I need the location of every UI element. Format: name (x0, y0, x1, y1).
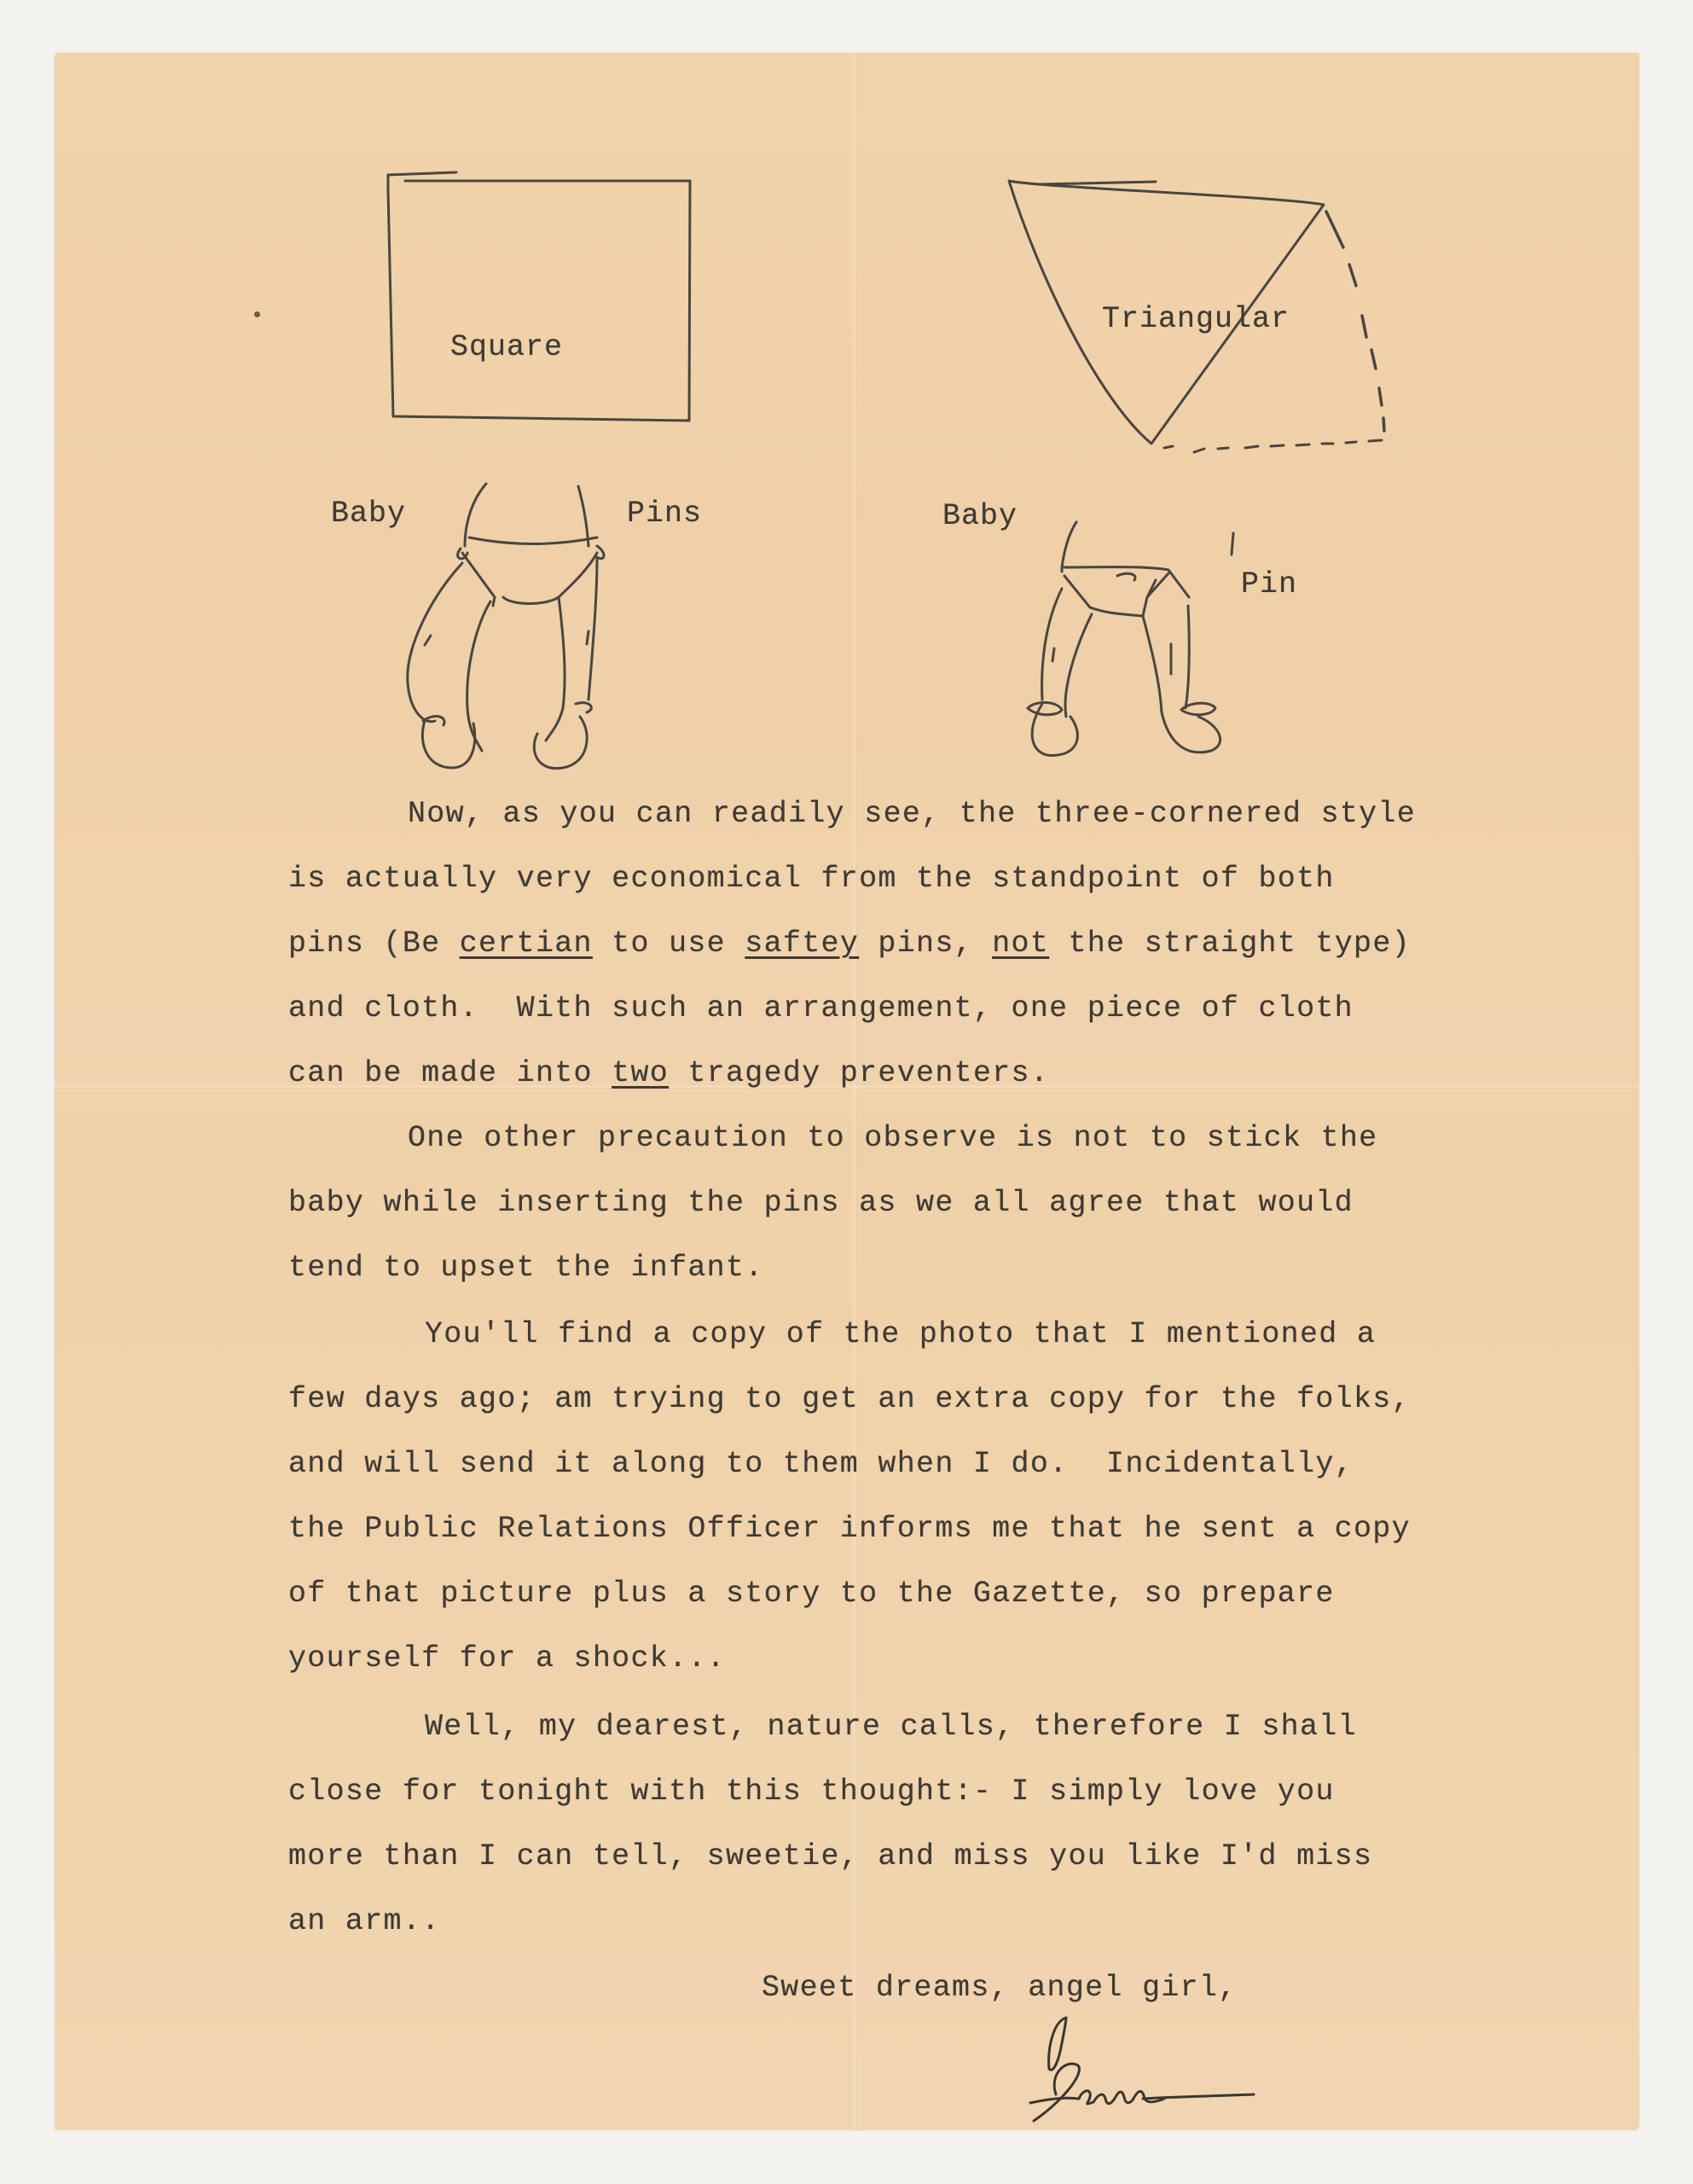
left-baby-label: Baby (331, 497, 406, 531)
text-line: Well, my dearest, nature calls, therefor… (425, 1710, 1357, 1744)
text-line: yourself for a shock... (288, 1641, 726, 1676)
underlined-word-saftey: saftey (745, 926, 859, 961)
text-line: of that picture plus a story to the Gaze… (288, 1577, 1335, 1611)
underlined-word-certian: certian (460, 926, 593, 961)
text-line: an arm.. (288, 1904, 440, 1938)
handwritten-signature (1015, 2013, 1288, 2124)
text-line: and cloth. With such an arrangement, one… (288, 991, 1354, 1025)
text-line: One other precaution to observe is not t… (408, 1121, 1377, 1155)
text-line: can be made into two tragedy preventers. (288, 1056, 1049, 1090)
text-line: tend to upset the infant. (288, 1251, 764, 1285)
letter-paper (55, 53, 1639, 2130)
triangular-label: Triangular (1102, 302, 1290, 336)
right-baby-label: Baby (942, 499, 1018, 533)
text-line: close for tonight with this thought:- I … (288, 1774, 1335, 1809)
paper-speck (254, 311, 260, 317)
text-segment: tragedy preventers. (669, 1056, 1049, 1090)
text-segment: to use (593, 926, 745, 961)
underlined-word-two: two (612, 1056, 669, 1090)
right-pin-label: Pin (1241, 567, 1297, 601)
vertical-fold-crease (853, 53, 856, 2130)
text-line: baby while inserting the pins as we all … (288, 1186, 1354, 1220)
text-line: and will send it along to them when I do… (288, 1447, 1354, 1481)
square-label: Square (450, 330, 563, 364)
text-line: the Public Relations Officer informs me … (288, 1512, 1411, 1546)
text-line: pins (Be certian to use saftey pins, not… (288, 926, 1411, 961)
text-segment: pins, (859, 926, 992, 961)
text-line: more than I can tell, sweetie, and miss … (288, 1839, 1372, 1873)
closing-salutation: Sweet dreams, angel girl, (762, 1971, 1238, 2005)
left-pins-label: Pins (627, 497, 702, 531)
text-segment: pins (Be (288, 926, 460, 961)
text-segment: can be made into (288, 1056, 612, 1090)
text-line: Now, as you can readily see, the three-c… (408, 797, 1416, 831)
text-segment: the straight type) (1049, 926, 1411, 961)
text-line: is actually very economical from the sta… (288, 862, 1335, 896)
text-line: You'll find a copy of the photo that I m… (425, 1317, 1376, 1351)
underlined-word-not: not (992, 926, 1049, 961)
text-line: few days ago; am trying to get an extra … (288, 1382, 1411, 1416)
